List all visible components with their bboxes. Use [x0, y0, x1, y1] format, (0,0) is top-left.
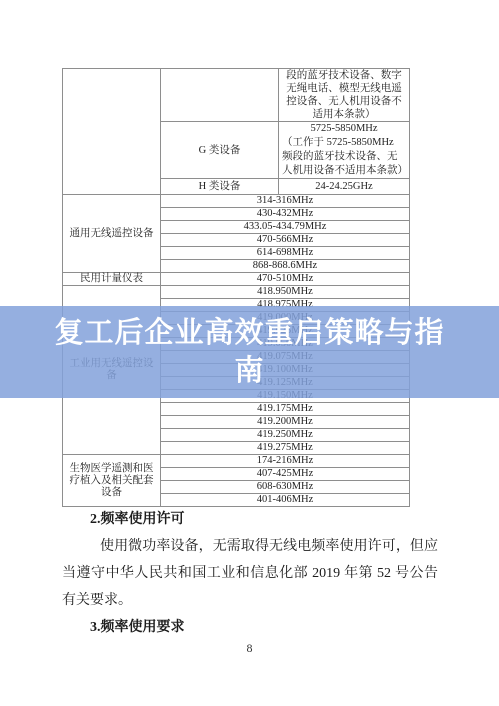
freq-cell: 419.250MHz	[161, 429, 410, 442]
device-class-cell: G 类设备	[161, 122, 279, 179]
banner-title-line-2: 南	[234, 352, 264, 390]
license-paragraph: 使用微功率设备，无需取得无线电频率使用许可，但应当遵守中华人民共和国工业和信息化…	[62, 533, 438, 614]
freq-cell: 5725-5850MHz （工作于 5725-5850MHz 频段的蓝牙技术设备…	[279, 122, 410, 179]
category-cell-civil-metering: 民用计量仪表	[63, 273, 161, 286]
device-class-cell: H 类设备	[161, 179, 279, 195]
category-cell-general-remote: 通用无线遥控设备	[63, 195, 161, 273]
category-cell-biomedical: 生物医学遥测和医疗植入及相关配套设备	[63, 455, 161, 507]
freq-cell: 608-630MHz	[161, 481, 410, 494]
freq-cell: 407-425MHz	[161, 468, 410, 481]
document-page: 段的蓝牙技术设备、数字无绳电话、模型无线电遥控设备、无人机用设备不适用本条款） …	[0, 0, 499, 706]
freq-note: （工作于 5725-5850MHz 频段的蓝牙技术设备、无人机用设备不适用本条款…	[282, 136, 406, 178]
freq-cell: 470-510MHz	[161, 273, 410, 286]
freq-value: 5725-5850MHz	[282, 122, 406, 136]
page-number: 8	[0, 641, 499, 656]
device-class-cell-empty	[161, 69, 279, 122]
freq-cell: 314-316MHz	[161, 195, 410, 208]
section-heading-license: 2.频率使用许可	[62, 506, 438, 533]
category-cell-empty	[63, 69, 161, 195]
freq-cell: 419.175MHz	[161, 403, 410, 416]
freq-cell: 24-24.25GHz	[279, 179, 410, 195]
freq-cell: 418.950MHz	[161, 286, 410, 299]
overlay-banner[interactable]: 复工后企业高效重启策略与指 南	[0, 306, 499, 398]
frequency-table: 段的蓝牙技术设备、数字无绳电话、模型无线电遥控设备、无人机用设备不适用本条款） …	[62, 68, 410, 507]
freq-note-cell: 段的蓝牙技术设备、数字无绳电话、模型无线电遥控设备、无人机用设备不适用本条款）	[279, 69, 410, 122]
section-heading-requirements: 3.频率使用要求	[62, 614, 438, 641]
freq-cell: 868-868.6MHz	[161, 260, 410, 273]
freq-cell: 614-698MHz	[161, 247, 410, 260]
banner-title-line-1: 复工后企业高效重启策略与指	[54, 314, 444, 352]
freq-cell: 433.05-434.79MHz	[161, 221, 410, 234]
freq-cell: 419.200MHz	[161, 416, 410, 429]
freq-cell: 430-432MHz	[161, 208, 410, 221]
freq-cell: 174-216MHz	[161, 455, 410, 468]
freq-cell: 419.275MHz	[161, 442, 410, 455]
document-body-text: 2.频率使用许可 使用微功率设备，无需取得无线电频率使用许可，但应当遵守中华人民…	[62, 506, 438, 641]
freq-cell: 401-406MHz	[161, 494, 410, 507]
freq-cell: 470-566MHz	[161, 234, 410, 247]
